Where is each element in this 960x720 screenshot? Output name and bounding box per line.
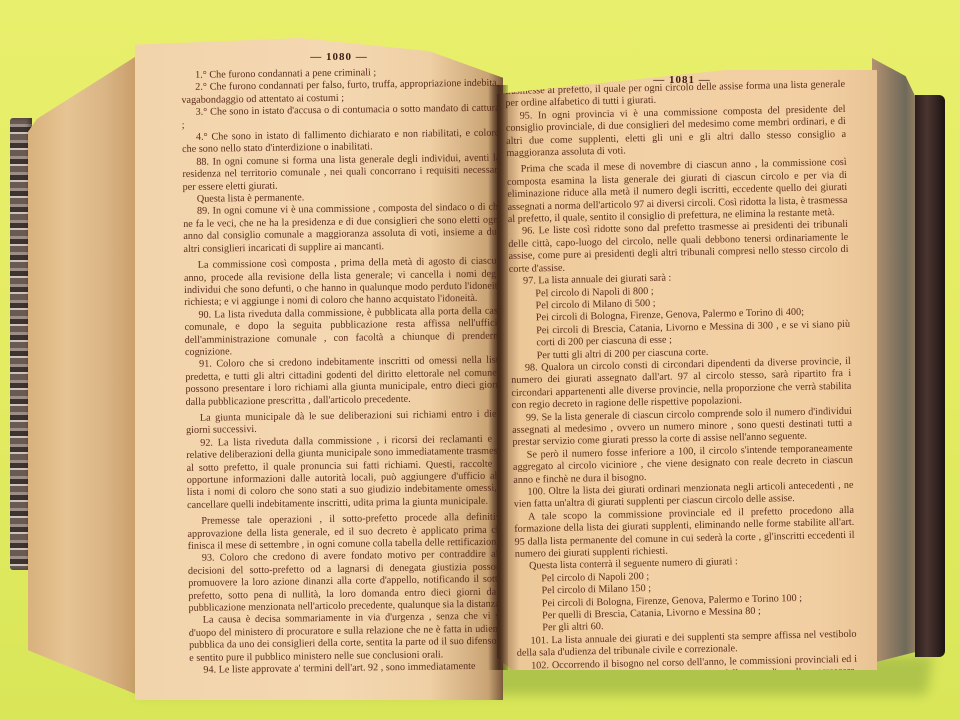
page-number-left: — 1080 — bbox=[175, 51, 503, 63]
left-page-text: 1.° Che furono condannati a pene crimina… bbox=[181, 66, 503, 678]
paragraph: 95. In ogni provincia vi è una commissio… bbox=[506, 104, 847, 161]
paragraph: 88. In ogni comune si forma una lista ge… bbox=[182, 152, 500, 194]
paragraph: A tale scopo la commissione provinciale … bbox=[514, 505, 855, 562]
paragraph: Premesse tale operazioni , il sotto-pref… bbox=[187, 512, 503, 554]
paragraph: Prima che scada il mese di novembre di c… bbox=[507, 157, 848, 226]
right-page-stack bbox=[872, 58, 920, 663]
paragraph: 93. Coloro che credono di avere fondato … bbox=[188, 549, 503, 615]
paragraph: 90. La lista riveduta dalla commissione,… bbox=[184, 305, 503, 359]
left-page: — 1080 — 1.° Che furono condannati a pen… bbox=[135, 38, 503, 700]
right-page: — 1081 — trasmesse al prefetto, il quale… bbox=[497, 70, 877, 670]
paragraph: La commissione così composta , prima del… bbox=[184, 256, 503, 310]
paragraph: 89. In ogni comune vi è una commissione … bbox=[183, 202, 502, 256]
book-cover-right-edge bbox=[915, 95, 945, 657]
right-page-text: trasmesse al prefetto, il quale per ogni… bbox=[505, 79, 858, 670]
paragraph: 91. Coloro che si credono indebitamente … bbox=[185, 355, 503, 409]
paragraph: La causa è decisa sommariamente in via d… bbox=[189, 611, 503, 665]
book-gutter bbox=[488, 85, 508, 670]
paragraph: 98. Qualora un circolo consti di circond… bbox=[511, 356, 852, 413]
paragraph: 96. Le liste così ridotte sono dal prefe… bbox=[508, 219, 849, 276]
paragraph: 92. La lista riveduta dalla commissione … bbox=[186, 433, 503, 512]
left-page-stack bbox=[28, 55, 138, 695]
photo-scene: — 1080 — 1.° Che furono condannati a pen… bbox=[0, 0, 960, 720]
